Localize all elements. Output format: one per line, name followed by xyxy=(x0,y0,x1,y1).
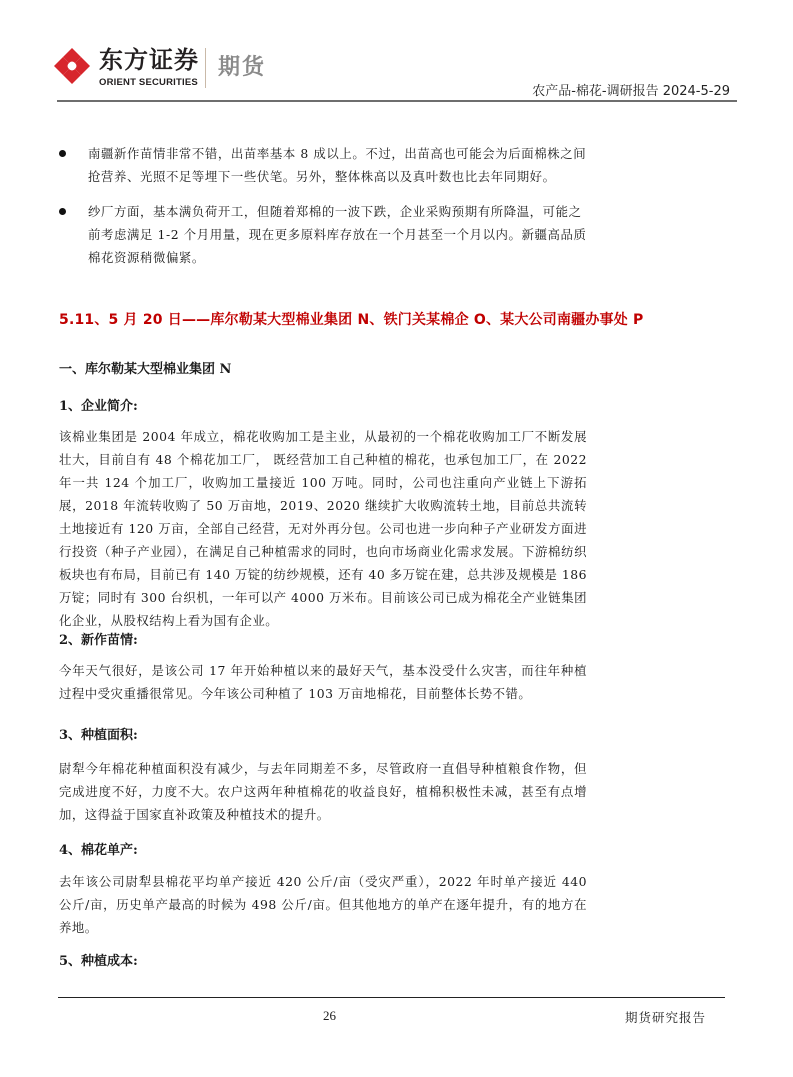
item-paragraph: 尉犁今年棉花种植面积没有减少，与去年同期差不多，尽管政府一直倡导种植粮食作物，但… xyxy=(59,757,587,826)
bullet-text: 纱厂方面，基本满负荷开工，但随着郑棉的一波下跌，企业采购预期有所降温，可能之前考… xyxy=(88,204,587,265)
bullet-item: 南疆新作苗情非常不错，出苗率基本 8 成以上。不过，出苗高也可能会为后面棉株之间… xyxy=(59,142,589,188)
bullet-dot-icon xyxy=(59,150,66,157)
bullet-item: 纱厂方面，基本满负荷开工，但随着郑棉的一波下跌，企业采购预期有所降温，可能之前考… xyxy=(59,200,589,269)
bullet-dot-icon xyxy=(59,208,66,215)
bullet-text: 南疆新作苗情非常不错，出苗率基本 8 成以上。不过，出苗高也可能会为后面棉株之间… xyxy=(88,146,586,184)
brand-name-en: ORIENT SECURITIES xyxy=(99,77,198,88)
item-heading: 3、种植面积: xyxy=(59,724,138,743)
report-title: 农产品-棉花-调研报告 2024-5-29 xyxy=(532,80,730,99)
item-heading: 5、种植成本: xyxy=(59,950,138,969)
orient-logo-icon xyxy=(52,46,92,86)
footer-divider xyxy=(58,997,725,998)
section-title: 5.11、5 月 20 日——库尔勒某大型棉业集团 N、铁门关某棉企 O、某大公… xyxy=(59,309,644,329)
item-heading: 2、新作苗情: xyxy=(59,629,138,648)
item-heading: 4、棉花单产: xyxy=(59,839,138,858)
brand-name-cn: 东方证券 xyxy=(99,47,199,73)
item-paragraph: 今年天气很好，是该公司 17 年开始种植以来的最好天气，基本没受什么灾害，而往年… xyxy=(59,659,587,705)
bullet-list: 南疆新作苗情非常不错，出苗率基本 8 成以上。不过，出苗高也可能会为后面棉株之间… xyxy=(59,142,589,281)
header-divider xyxy=(57,100,737,102)
subsection-heading: 一、库尔勒某大型棉业集团 N xyxy=(59,358,231,377)
item-paragraph: 去年该公司尉犁县棉花平均单产接近 420 公斤/亩（受灾严重），2022 年时单… xyxy=(59,870,587,939)
brand-subtitle: 期货 xyxy=(218,50,266,81)
item-heading: 1、企业简介: xyxy=(59,395,138,414)
brand-divider xyxy=(205,48,206,88)
footer-label: 期货研究报告 xyxy=(625,1008,706,1026)
page-number: 26 xyxy=(323,1008,336,1024)
item-paragraph: 该棉业集团是 2004 年成立，棉花收购加工是主业，从最初的一个棉花收购加工厂不… xyxy=(59,425,587,632)
